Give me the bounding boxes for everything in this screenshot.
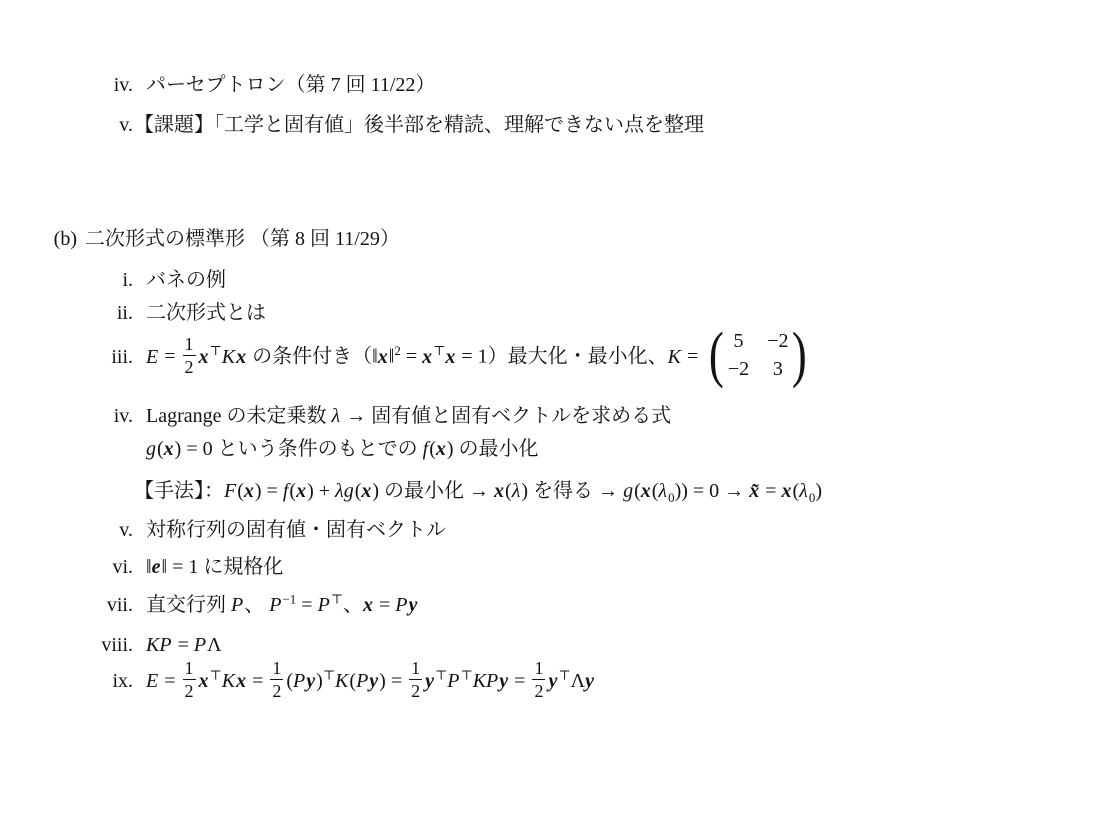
matrix-cell: −2 xyxy=(767,329,788,353)
outline-item-i: i. バネの例 xyxy=(0,267,226,293)
item-text: 二次形式とは xyxy=(146,300,266,326)
item-text: 直交行列 P、 P−1 = P⊤、x = Py xyxy=(146,592,418,618)
outline-item-iii: iii. E = 12x⊤Kx の条件付き（‖x‖2 = x⊤x = 1）最大化… xyxy=(0,327,810,389)
item-label: iii. xyxy=(0,344,133,370)
outline-item-v-top: v. 【課題】「工学と固有値」後半部を精読、理解できない点を整理 xyxy=(0,112,704,138)
item-label: iv. xyxy=(0,403,133,429)
item-text: 【手法】：F(x) = f(x) + λg(x) の最小化 → x(λ) を得る… xyxy=(134,478,822,504)
section-label: (b) xyxy=(0,226,77,252)
matrix: (5−2−23) xyxy=(706,324,810,386)
fraction: 12 xyxy=(183,657,196,702)
item-text: ‖e‖ = 1 に規格化 xyxy=(146,554,283,580)
outline-item-vi: vi. ‖e‖ = 1 に規格化 xyxy=(0,554,283,580)
item-text: 【課題】「工学と固有値」後半部を精読、理解できない点を整理 xyxy=(134,112,704,138)
item-label: ix. xyxy=(0,668,133,694)
item-text: パーセプトロン（第 7 回 11/22） xyxy=(146,72,435,98)
outline-item-viii: viii. KP = PΛ xyxy=(0,632,222,658)
item-text: g(x) = 0 という条件のもとでの f(x) の最小化 xyxy=(146,436,539,462)
fraction: 12 xyxy=(270,657,283,702)
item-label: vii. xyxy=(0,592,133,618)
continuation-line-constraint: g(x) = 0 という条件のもとでの f(x) の最小化 xyxy=(0,436,539,462)
item-text: バネの例 xyxy=(146,267,226,293)
item-text: 対称行列の固有値・固有ベクトル xyxy=(146,517,446,543)
matrix-cell: −2 xyxy=(728,357,749,381)
continuation-line-method: 【手法】：F(x) = f(x) + λg(x) の最小化 → x(λ) を得る… xyxy=(0,478,822,504)
outline-item-iv: iv. Lagrange の未定乗数 λ → 固有値と固有ベクトルを求める式 xyxy=(0,403,671,429)
section-title: 二次形式の標準形 （第 8 回 11/29） xyxy=(85,226,400,252)
outline-item-ii: ii. 二次形式とは xyxy=(0,300,266,326)
item-label: iv. xyxy=(0,72,133,98)
fraction: 12 xyxy=(409,657,422,702)
item-label: ii. xyxy=(0,300,133,326)
outline-item-ix: ix. E = 12x⊤Kx = 12(Py)⊤K(Py) = 12y⊤P⊤KP… xyxy=(0,660,595,705)
item-text: E = 12x⊤Kx = 12(Py)⊤K(Py) = 12y⊤P⊤KPy = … xyxy=(146,660,595,705)
section-heading-b: (b) 二次形式の標準形 （第 8 回 11/29） xyxy=(0,226,400,252)
outline-item-vii: vii. 直交行列 P、 P−1 = P⊤、x = Py xyxy=(0,592,418,618)
item-label: v. xyxy=(0,112,133,138)
matrix-cell: 5 xyxy=(734,329,744,353)
document-page: iv. パーセプトロン（第 7 回 11/22） v. 【課題】「工学と固有値」… xyxy=(0,0,1118,832)
outline-item-v: v. 対称行列の固有値・固有ベクトル xyxy=(0,517,446,543)
right-paren: ) xyxy=(792,324,807,386)
item-label: vi. xyxy=(0,554,133,580)
item-text: Lagrange の未定乗数 λ → 固有値と固有ベクトルを求める式 xyxy=(146,403,671,429)
item-label: i. xyxy=(0,267,133,293)
item-label: v. xyxy=(0,517,133,543)
fraction: 12 xyxy=(532,657,545,702)
item-text: E = 12x⊤Kx の条件付き（‖x‖2 = x⊤x = 1）最大化・最小化、… xyxy=(146,327,810,389)
item-label: viii. xyxy=(0,632,133,658)
left-paren: ( xyxy=(709,324,724,386)
fraction: 12 xyxy=(183,333,196,378)
matrix-cell: 3 xyxy=(773,357,783,381)
item-text: KP = PΛ xyxy=(146,632,222,658)
outline-item-iv-top: iv. パーセプトロン（第 7 回 11/22） xyxy=(0,72,435,98)
